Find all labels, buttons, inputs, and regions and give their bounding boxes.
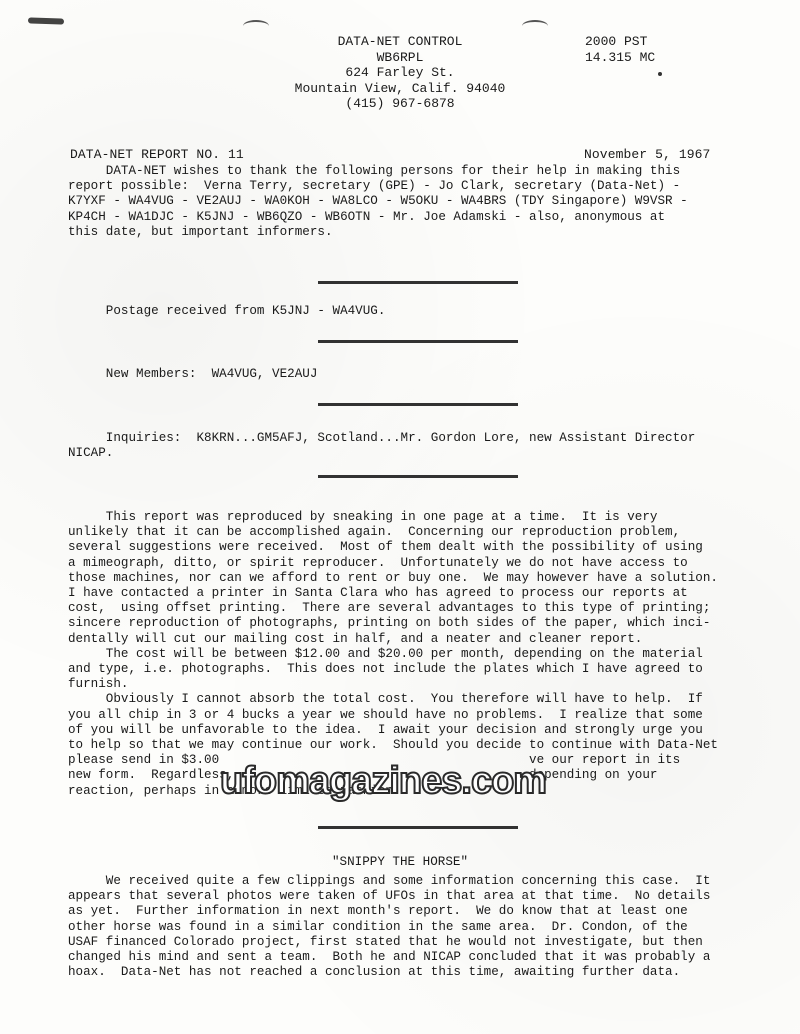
text-line: furnish. [68,677,748,692]
text-line: I have contacted a printer in Santa Clar… [68,586,748,601]
text-line: USAF financed Colorado project, first st… [68,935,748,950]
text-line: KP4CH - WA1DJC - K5JNJ - WB6QZO - WB6OTN… [68,210,748,225]
section-divider [318,403,518,406]
snippy-section-title: "SNIPPY THE HORSE" [0,855,800,869]
inquiries-paragraph: Inquiries: K8KRN...GM5AFJ, Scotland...Mr… [68,431,748,461]
text-line: Obviously I cannot absorb the total cost… [68,692,748,707]
letterhead-city: Mountain View, Calif. 94040 [290,81,510,97]
text-line: NICAP. [68,446,748,461]
text-line: as yet. Further information in next mont… [68,904,748,919]
text-line: hoax. Data-Net has not reached a conclus… [68,965,748,980]
letterhead-callsign: WB6RPL [290,50,510,66]
text-line: DATA-NET wishes to thank the following p… [68,164,748,179]
text-line: and type, i.e. photographs. This does no… [68,662,748,677]
section-divider [318,281,518,284]
corner-scribble-mark [28,17,64,24]
text-line: New Members: WA4VUG, VE2AUJ [68,367,748,382]
punch-hole-mark [243,20,269,32]
net-schedule: 2000 PST 14.315 MC [585,34,655,65]
text-line: appears that several photos were taken o… [68,889,748,904]
postage-paragraph: Postage received from K5JNJ - WA4VUG. [68,304,748,319]
text-line: Postage received from K5JNJ - WA4VUG. [68,304,748,319]
text-line: report possible: Verna Terry, secretary … [68,179,748,194]
report-date: November 5, 1967 [584,147,710,163]
text-line: K7YXF - WA4VUG - VE2AUJ - WA0KOH - WA8LC… [68,194,748,209]
text-line: to help so that we may continue our work… [68,738,748,753]
letterhead: DATA-NET CONTROL WB6RPL 624 Farley St. M… [290,34,510,112]
text-line: changed his mind and sent a team. Both h… [68,950,748,965]
text-line: several suggestions were received. Most … [68,540,748,555]
document-page: DATA-NET CONTROL WB6RPL 624 Farley St. M… [0,0,800,1034]
text-line: We received quite a few clippings and so… [68,874,748,889]
section-divider [318,340,518,343]
punch-hole-mark [522,20,548,32]
snippy-paragraph: We received quite a few clippings and so… [68,874,748,980]
text-line: The cost will be between $12.00 and $20.… [68,647,748,662]
text-line: you all chip in 3 or 4 bucks a year we s… [68,708,748,723]
text-line: cost, using offset printing. There are s… [68,601,748,616]
text-line: a mimeograph, ditto, or spirit reproduce… [68,556,748,571]
text-line: of you will be unfavorable to the idea. … [68,723,748,738]
net-time: 2000 PST [585,34,655,50]
text-line: sincere reproduction of photographs, pri… [68,616,748,631]
net-frequency: 14.315 MC [585,50,655,66]
ink-dot-mark [658,72,662,76]
report-number: DATA-NET REPORT NO. 11 [70,147,244,163]
thanks-paragraph: DATA-NET wishes to thank the following p… [68,164,748,240]
text-line: those machines, nor can we afford to ren… [68,571,748,586]
letterhead-street: 624 Farley St. [290,65,510,81]
text-line: dentally will cut our mailing cost in ha… [68,632,748,647]
text-line: Inquiries: K8KRN...GM5AFJ, Scotland...Mr… [68,431,748,446]
text-line: unlikely that it can be accomplished aga… [68,525,748,540]
text-line: this date, but important informers. [68,225,748,240]
section-divider [318,826,518,829]
watermark-logo: ufomagazines.com [220,760,546,803]
text-line: This report was reproduced by sneaking i… [68,510,748,525]
text-line: other horse was found in a similar condi… [68,920,748,935]
letterhead-org: DATA-NET CONTROL [290,34,510,50]
section-divider [318,475,518,478]
reproduction-paragraph: This report was reproduced by sneaking i… [68,510,748,799]
new-members-paragraph: New Members: WA4VUG, VE2AUJ [68,367,748,382]
letterhead-phone: (415) 967-6878 [290,96,510,112]
